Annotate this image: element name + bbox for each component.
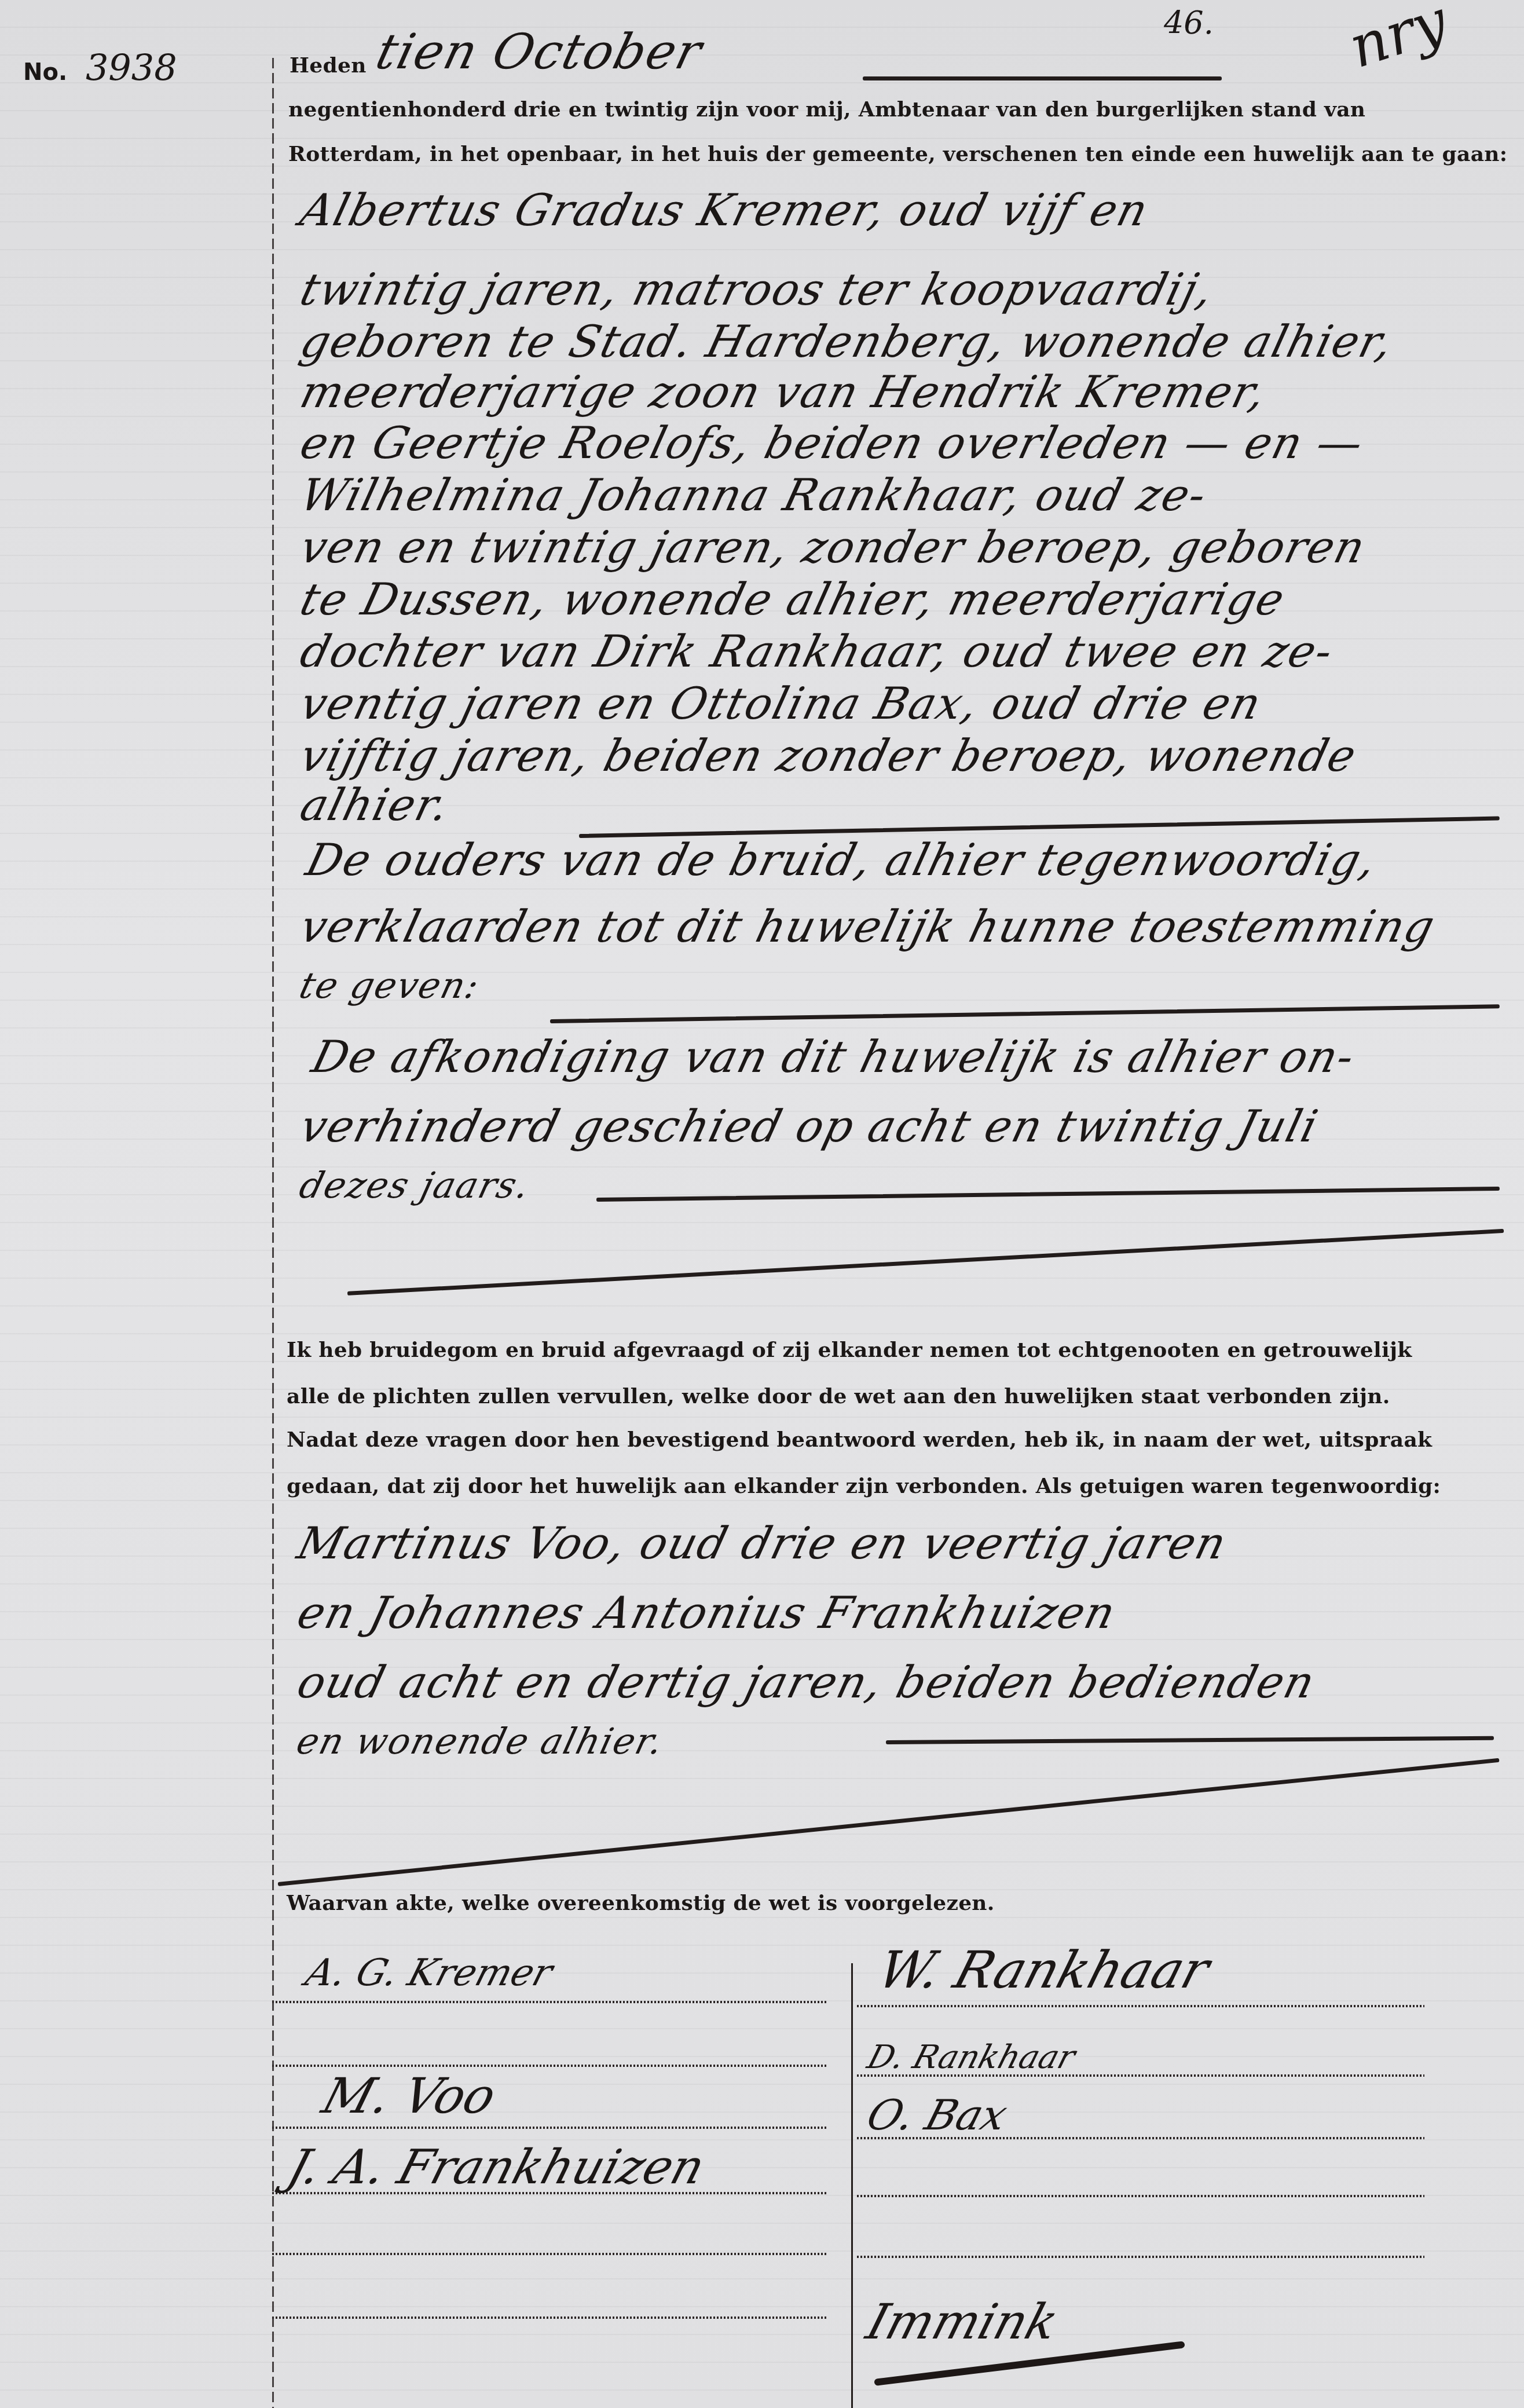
signature-rule xyxy=(272,2001,828,2003)
handwritten-date: tien October xyxy=(371,23,708,80)
signature-rule xyxy=(272,2065,828,2067)
closing-text: Waarvan akte, welke overeenkomstig de we… xyxy=(287,1891,995,1915)
heden-label: Heden xyxy=(290,53,367,78)
filler-line xyxy=(596,1187,1500,1202)
parties-line: Wilhelmina Johanna Rankhaar, oud ze- xyxy=(295,469,1212,521)
declaration-line: alle de plichten zullen vervullen, welke… xyxy=(287,1384,1390,1408)
signature-witness-2: J. A. Frankhuizen xyxy=(281,2140,710,2195)
signature-column-divider xyxy=(851,1963,853,2408)
record-number: No. 3938 xyxy=(23,46,177,89)
marriage-record-page: No. 3938 46. nry Heden tien October nege… xyxy=(0,0,1524,2408)
signature-rule xyxy=(272,2316,828,2319)
filler-line xyxy=(863,76,1222,80)
parties-line: ventig jaren en Ottolina Bax, oud drie e… xyxy=(295,678,1267,729)
filler-line xyxy=(550,1004,1500,1023)
signature-groom: A. G. Kremer xyxy=(301,1952,557,1995)
record-number-value: 3938 xyxy=(86,46,177,89)
witness-line: Martinus Voo, oud drie en veertig jaren xyxy=(292,1517,1232,1569)
consent-line: te geven: xyxy=(295,964,484,1007)
consent-line: verklaarden tot dit huwelijk hunne toest… xyxy=(295,901,1441,952)
record-number-label: No. xyxy=(23,59,67,86)
parties-line: te Dussen, wonende alhier, meerderjarige xyxy=(295,573,1291,625)
consent-line: De ouders van de bruid, alhier tegenwoor… xyxy=(301,834,1383,885)
banns-line: De afkondiging van dit huwelijk is alhie… xyxy=(307,1031,1361,1082)
parties-line: alhier. xyxy=(295,779,455,830)
filler-line xyxy=(886,1736,1494,1744)
signature-rule xyxy=(857,2195,1424,2197)
signature-registrar: Immink xyxy=(860,2293,1064,2350)
signature-rule xyxy=(272,2127,828,2129)
signature-witness-1: M. Voo xyxy=(316,2067,503,2124)
signature-bride: W. Rankhaar xyxy=(871,1940,1216,2000)
witness-line: en wonende alhier. xyxy=(292,1720,668,1762)
declaration-line: Nadat deze vragen door hen bevestigend b… xyxy=(287,1428,1432,1452)
parties-line: twintig jaren, matroos ter koopvaardij, xyxy=(295,264,1219,315)
witness-line: oud acht en dertig jaren, beiden bediend… xyxy=(292,1656,1321,1708)
signature-father-of-bride: D. Rankhaar xyxy=(863,2039,1080,2076)
folio-number: 46. xyxy=(1164,5,1214,41)
header-printed-line-2: negentienhonderd drie en twintig zijn vo… xyxy=(288,97,1365,122)
signature-mother-of-bride: O. Bax xyxy=(862,2091,1013,2139)
margin-rule xyxy=(272,58,274,2408)
filler-line xyxy=(278,1758,1500,1886)
signature-rule xyxy=(272,2253,828,2255)
parties-line: Albertus Gradus Kremer, oud vijf en xyxy=(295,184,1154,236)
parties-line: ven en twintig jaren, zonder beroep, geb… xyxy=(295,521,1371,573)
banns-line: dezes jaars. xyxy=(295,1164,535,1206)
signature-rule xyxy=(857,2256,1424,2258)
parties-line: vijftig jaren, beiden zonder beroep, won… xyxy=(295,730,1362,781)
signature-rule xyxy=(857,2005,1424,2007)
parties-line: dochter van Dirk Rankhaar, oud twee en z… xyxy=(295,625,1339,677)
declaration-line: gedaan, dat zij door het huwelijk aan el… xyxy=(287,1474,1441,1498)
banns-line: verhinderd geschied op acht en twintig J… xyxy=(295,1100,1324,1152)
witness-line: en Johannes Antonius Frankhuizen xyxy=(292,1587,1122,1638)
parties-line: meerderjarige zoon van Hendrik Kremer, xyxy=(295,366,1272,418)
filler-line xyxy=(347,1229,1504,1296)
declaration-line: Ik heb bruidegom en bruid afgevraagd of … xyxy=(287,1338,1412,1362)
parties-line: en Geertje Roelofs, beiden overleden — e… xyxy=(295,417,1369,469)
parties-line: geboren te Stad. Hardenberg, wonende alh… xyxy=(295,316,1399,367)
header-printed-line-3: Rotterdam, in het openbaar, in het huis … xyxy=(288,142,1507,166)
clerk-initials-mark: nry xyxy=(1341,0,1455,81)
